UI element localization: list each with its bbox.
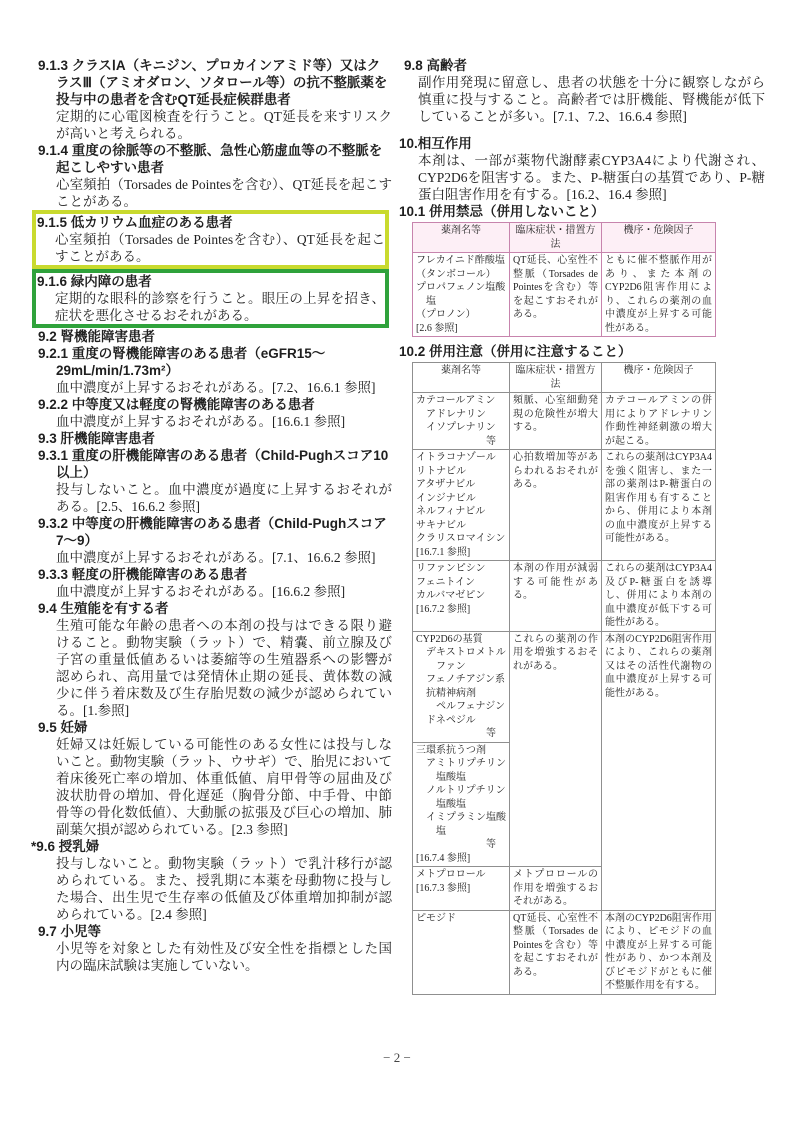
section-heading: 9.1.3 クラスⅠA（キニジン、プロカインアミド等）又はクラスⅢ（アミオダロン… [56, 57, 392, 108]
table-header-cell: 臨床症状・措置方法 [510, 223, 602, 253]
section-heading: 10.2 併用注意（併用に注意すること） [418, 343, 765, 360]
section-body: 投与しないこと。動物実験（ラット）で乳汁移行が認められている。また、授乳期に本薬… [56, 855, 392, 923]
table-header-row: 薬剤名等 臨床症状・措置方法 機序・危険因子 [413, 363, 716, 393]
section-heading: 9.2.1 重度の腎機能障害のある患者（eGFR15〜29mL/min/1.73… [56, 345, 392, 379]
mechanism-cell: カテコールアミンの併用によりアドレナリン作動性神経刺激の増大が起こる。 [602, 393, 716, 450]
table-row-cyp2d6-substrates: CYP2D6の基質 デキストロメトル ファン フェノチアジン系 抗精神病剤 ペル… [413, 631, 716, 742]
contraindicated-combinations-table: 薬剤名等 臨床症状・措置方法 機序・危険因子 フレカイニド酢酸塩（タンボコール）… [412, 222, 716, 337]
section-9-3: 9.3 肝機能障害患者 [37, 430, 392, 447]
section-9-2-1: 9.2.1 重度の腎機能障害のある患者（eGFR15〜29mL/min/1.73… [37, 345, 392, 396]
section-heading: 9.2.2 中等度又は軽度の腎機能障害のある患者 [56, 396, 392, 413]
drug-name-cell: イトラコナゾールリトナビルアタザナビルインジナビルネルフィナビルサキナビルクラリ… [413, 450, 510, 561]
table-row-cyp3a4-inducers: リファンピシンフェニトインカルバマゼピン[16.7.2 参照] 本剤の作用が減弱… [413, 561, 716, 632]
section-body: 妊婦又は妊娠している可能性のある女性には投与しないこと。動物実験（ラット、ウサギ… [56, 736, 392, 838]
section-heading: 9.3.2 中等度の肝機能障害のある患者（Child-Pughスコア7〜9） [56, 515, 392, 549]
section-9-8: 9.8 高齢者 副作用発現に留意し、患者の状態を十分に観察しながら慎重に投与する… [399, 57, 765, 125]
mechanism-cell: これらの薬剤はCYP3A4を強く阻害し、また一部の薬剤はP-糖蛋白の阻害作用も有… [602, 450, 716, 561]
drug-name-cell: フレカイニド酢酸塩（タンボコール）プロパフェノン塩酸 塩（プロノン）[2.6 参… [413, 253, 510, 337]
section-9-5: 9.5 妊婦 妊婦又は妊娠している可能性のある女性には投与しないこと。動物実験（… [37, 719, 392, 838]
section-heading: 9.3 肝機能障害患者 [56, 430, 392, 447]
mechanism-cell: 本剤のCYP2D6阻害作用により、ピモジドの血中濃度が上昇する可能性があり、かつ… [602, 910, 716, 994]
section-body: 心室頻拍（Torsades de Pointesを含む）、QT延長を起こすことが… [56, 176, 392, 210]
highlight-box-9-1-6: 9.1.6 緑内障の患者 定期的な眼科的診察を行うこと。眼圧の上昇を招き、症状を… [32, 269, 389, 328]
section-heading: 9.1.4 重度の徐脈等の不整脈、急性心筋虚血等の不整脈を起こしやすい患者 [56, 142, 392, 176]
table-header-row: 薬剤名等 臨床症状・措置方法 機序・危険因子 [413, 223, 716, 253]
section-body: 血中濃度が上昇するおそれがある。[7.2、16.6.1 参照] [56, 379, 392, 396]
section-heading: 9.1.6 緑内障の患者 [55, 273, 385, 290]
drug-name-cell: ピモジド [413, 910, 510, 994]
table-row-pimozide: ピモジド QT延長、心室性不整脈（Torsades de Pointesを含む）… [413, 910, 716, 994]
table-header-cell: 薬剤名等 [413, 223, 510, 253]
drug-name-cell: CYP2D6の基質 デキストロメトル ファン フェノチアジン系 抗精神病剤 ペル… [413, 631, 510, 742]
section-heading: 10.1 併用禁忌（併用しないこと） [418, 203, 765, 220]
section-body: 血中濃度が上昇するおそれがある。[7.1、16.6.2 参照] [56, 549, 392, 566]
section-body: 小児等を対象とした有効性及び安全性を指標とした国内の臨床試験は実施していない。 [56, 940, 392, 974]
clinical-cell: 心拍数増加等があらわれるおそれがある。 [510, 450, 602, 561]
highlight-box-9-1-5: 9.1.5 低カリウム血症のある患者 心室頻拍（Torsades de Poin… [32, 210, 389, 269]
table-header-cell: 機序・危険因子 [602, 223, 716, 253]
right-column: 9.8 高齢者 副作用発現に留意し、患者の状態を十分に観察しながら慎重に投与する… [399, 57, 765, 1001]
clinical-cell: メトプロロールの作用を増強するおそれがある。 [510, 867, 602, 911]
section-9-3-2: 9.3.2 中等度の肝機能障害のある患者（Child-Pughスコア7〜9） 血… [37, 515, 392, 566]
drug-name-cell: 三環系抗うつ剤 アミトリプチリン 塩酸塩 ノルトリプチリン 塩酸塩 イミプラミン… [413, 742, 510, 867]
drug-name-cell: メトプロロール[16.7.3 参照] [413, 867, 510, 911]
section-9-6: *9.6 授乳婦 投与しないこと。動物実験（ラット）で乳汁移行が認められている。… [37, 838, 392, 923]
section-heading: 9.8 高齢者 [418, 57, 765, 74]
section-9-1-5: 9.1.5 低カリウム血症のある患者 心室頻拍（Torsades de Poin… [36, 214, 385, 265]
section-9-1-6: 9.1.6 緑内障の患者 定期的な眼科的診察を行うこと。眼圧の上昇を招き、症状を… [36, 273, 385, 324]
section-body: 定期的に心電図検査を行うこと。QT延長を来すリスクが高いと考えられる。 [56, 108, 392, 142]
table-header-cell: 機序・危険因子 [602, 363, 716, 393]
section-body: 定期的な眼科的診察を行うこと。眼圧の上昇を招き、症状を悪化させるおそれがある。 [55, 290, 385, 324]
section-10-1: 10.1 併用禁忌（併用しないこと） 薬剤名等 臨床症状・措置方法 機序・危険因… [399, 203, 765, 337]
section-9-4: 9.4 生殖能を有する者 生殖可能な年齢の患者への本剤の投与はできる限り避けるこ… [37, 600, 392, 719]
table-row-cyp3a4-inhibitors: イトラコナゾールリトナビルアタザナビルインジナビルネルフィナビルサキナビルクラリ… [413, 450, 716, 561]
section-9-1-4: 9.1.4 重度の徐脈等の不整脈、急性心筋虚血等の不整脈を起こしやすい患者 心室… [37, 142, 392, 210]
clinical-cell: 頻脈、心室細動発現の危険性が増大する。 [510, 393, 602, 450]
drug-name-cell: リファンピシンフェニトインカルバマゼピン[16.7.2 参照] [413, 561, 510, 632]
table-row: フレカイニド酢酸塩（タンボコール）プロパフェノン塩酸 塩（プロノン）[2.6 参… [413, 253, 716, 337]
section-heading: 10.相互作用 [418, 135, 765, 152]
section-body: 本剤は、一部が薬物代謝酵素CYP3A4により代謝され、CYP2D6を阻害する。ま… [418, 152, 765, 203]
drug-name-cell: カテコールアミン アドレナリン イソプレナリン 等 [413, 393, 510, 450]
section-heading: 9.1.5 低カリウム血症のある患者 [55, 214, 385, 231]
left-column: 9.1.3 クラスⅠA（キニジン、プロカインアミド等）又はクラスⅢ（アミオダロン… [37, 57, 392, 974]
section-9-7: 9.7 小児等 小児等を対象とした有効性及び安全性を指標とした国内の臨床試験は実… [37, 923, 392, 974]
section-9-2: 9.2 腎機能障害患者 [37, 328, 392, 345]
section-body: 血中濃度が上昇するおそれがある。[16.6.1 参照] [56, 413, 392, 430]
mechanism-cell: ともに催不整脈作用があり、また本剤のCYP2D6阻害作用により、これらの薬剤の血… [602, 253, 716, 337]
section-9-3-1: 9.3.1 重度の肝機能障害のある患者（Child-Pughスコア10以上） 投… [37, 447, 392, 515]
section-heading: *9.6 授乳婦 [56, 838, 392, 855]
section-heading: 9.3.3 軽度の肝機能障害のある患者 [56, 566, 392, 583]
section-heading: 9.4 生殖能を有する者 [56, 600, 392, 617]
clinical-cell: これらの薬剤の作用を増強するおそれがある。 [510, 631, 602, 867]
table-row-catecholamines: カテコールアミン アドレナリン イソプレナリン 等 頻脈、心室細動発現の危険性が… [413, 393, 716, 450]
clinical-cell: QT延長、心室性不整脈（Torsades de Pointesを含む）等を起こす… [510, 253, 602, 337]
section-10-2: 10.2 併用注意（併用に注意すること） 薬剤名等 臨床症状・措置方法 機序・危… [399, 343, 765, 995]
section-10: 10.相互作用 本剤は、一部が薬物代謝酵素CYP3A4により代謝され、CYP2D… [399, 135, 765, 203]
section-9-1-3: 9.1.3 クラスⅠA（キニジン、プロカインアミド等）又はクラスⅢ（アミオダロン… [37, 57, 392, 142]
clinical-cell: 本剤の作用が減弱する可能性がある。 [510, 561, 602, 632]
section-body: 副作用発現に留意し、患者の状態を十分に観察しながら慎重に投与すること。高齢者では… [418, 74, 765, 125]
clinical-cell: QT延長、心室性不整脈（Torsades de Pointesを含む）等を起こす… [510, 910, 602, 994]
mechanism-cell: 本剤のCYP2D6阻害作用により、これらの薬剤又はその活性代謝物の血中濃度が上昇… [602, 631, 716, 910]
section-body: 投与しないこと。血中濃度が過度に上昇するおそれがある。[2.5、16.6.2 参… [56, 481, 392, 515]
section-body: 血中濃度が上昇するおそれがある。[16.6.2 参照] [56, 583, 392, 600]
section-body: 生殖可能な年齢の患者への本剤の投与はできる限り避けること。動物実験（ラット）で、… [56, 617, 392, 719]
section-body: 心室頻拍（Torsades de Pointesを含む）、QT延長を起こすことが… [55, 231, 385, 265]
mechanism-cell: これらの薬剤はCYP3A4及びP-糖蛋白を誘導し、併用により本剤の血中濃度が低下… [602, 561, 716, 632]
page-number: − 2 − [0, 1050, 794, 1066]
table-header-cell: 薬剤名等 [413, 363, 510, 393]
section-heading: 9.5 妊婦 [56, 719, 392, 736]
section-heading: 9.7 小児等 [56, 923, 392, 940]
section-heading: 9.3.1 重度の肝機能障害のある患者（Child-Pughスコア10以上） [56, 447, 392, 481]
section-heading: 9.2 腎機能障害患者 [56, 328, 392, 345]
table-header-cell: 臨床症状・措置方法 [510, 363, 602, 393]
caution-combinations-table: 薬剤名等 臨床症状・措置方法 機序・危険因子 カテコールアミン アドレナリン イ… [412, 362, 716, 995]
section-9-3-3: 9.3.3 軽度の肝機能障害のある患者 血中濃度が上昇するおそれがある。[16.… [37, 566, 392, 600]
section-9-2-2: 9.2.2 中等度又は軽度の腎機能障害のある患者 血中濃度が上昇するおそれがある… [37, 396, 392, 430]
